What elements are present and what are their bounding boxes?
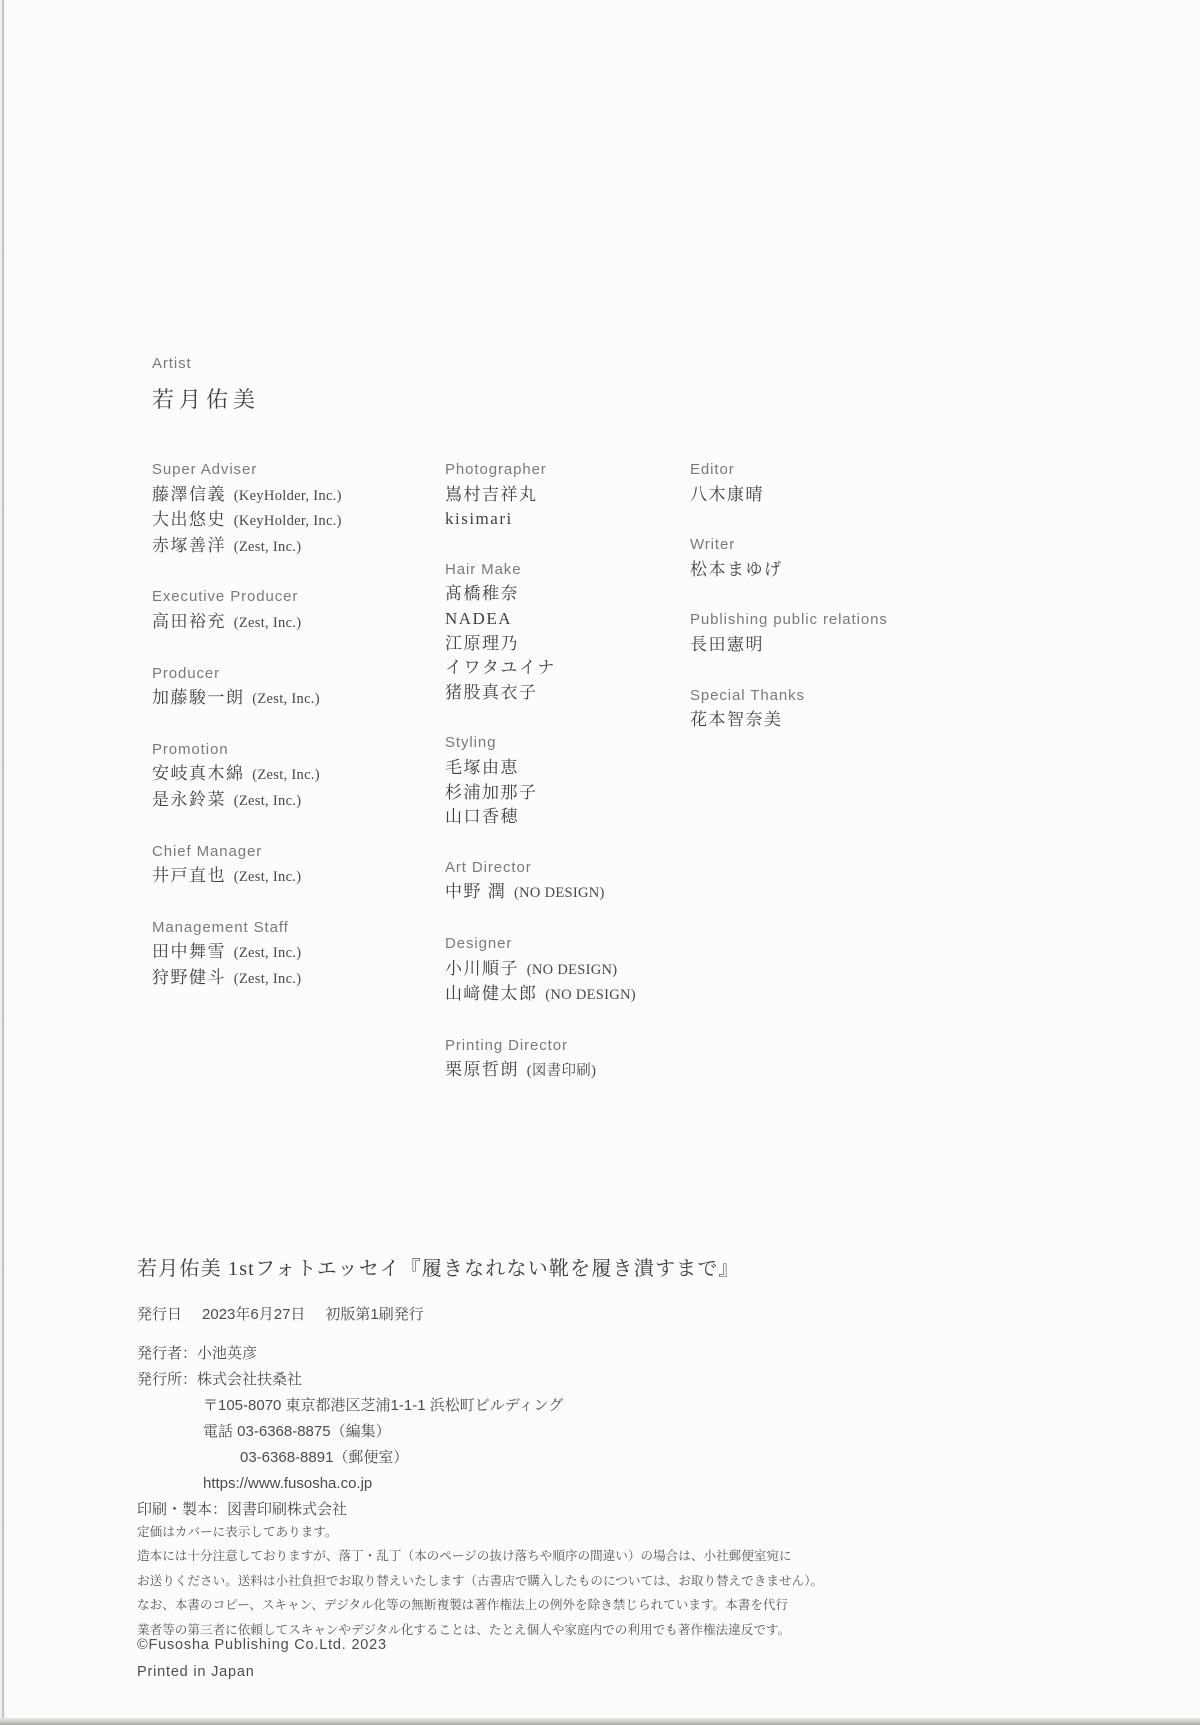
credit-section-printing-director: Printing Director 栗原哲朗 (図書印刷) (445, 1034, 690, 1084)
credit-name: NADEA (445, 607, 690, 632)
credit-name: 加藤駿一朗 (Zest, Inc.) (152, 686, 445, 712)
date-value: 2023年6月27日 (202, 1306, 305, 1323)
credit-section-chief-manager: Chief Manager 井戸直也 (Zest, Inc.) (152, 840, 445, 890)
credit-name: 嶌村吉祥丸 (445, 483, 690, 508)
person-name: 髙橋稚奈 (445, 584, 519, 603)
credit-name: 是永鈴菜 (Zest, Inc.) (152, 788, 445, 814)
credit-role-label: Printing Director (445, 1034, 690, 1059)
credit-name: 大出悠史 (KeyHolder, Inc.) (152, 508, 445, 534)
credit-name: 安岐真木綿 (Zest, Inc.) (152, 762, 445, 788)
credit-name: 赤塚善洋 (Zest, Inc.) (152, 534, 445, 560)
publisher-website-line: https://www.fusosha.co.jp (137, 1471, 740, 1497)
legal-notice-line: お送りください。送料は小社負担でお取り替えいたします（古書店で購入したものについ… (137, 1569, 823, 1593)
credits-grid: Super Adviser 藤澤信義 (KeyHolder, Inc.) 大出悠… (152, 458, 1010, 1110)
credits-column-3: Editor 八木康晴 Writer 松本まゆげ Publishing publ… (690, 458, 1010, 1110)
credit-name: イワタユイナ (445, 656, 690, 681)
credit-role-label: Writer (690, 533, 1010, 558)
credit-name: 田中舞雪 (Zest, Inc.) (152, 940, 445, 966)
date-label: 発行日 (137, 1306, 182, 1323)
credit-role-label: Management Staff (152, 916, 445, 941)
person-name: 加藤駿一朗 (152, 688, 245, 707)
credit-name: 猪股真衣子 (445, 681, 690, 706)
legal-notice-line: なお、本書のコピー、スキャン、デジタル化等の無断複製は著作権法上の例外を除き禁じ… (137, 1593, 823, 1617)
credit-role-label: Executive Producer (152, 585, 445, 610)
credit-name: 松本まゆげ (690, 558, 1010, 583)
person-affiliation: (Zest, Inc.) (252, 767, 320, 783)
person-affiliation: (Zest, Inc.) (234, 615, 302, 631)
credit-name: 栗原哲朗 (図書印刷) (445, 1058, 690, 1084)
credit-name: kisimari (445, 507, 690, 532)
person-name: 安岐真木綿 (152, 764, 245, 783)
credit-section-producer: Producer 加藤駿一朗 (Zest, Inc.) (152, 662, 445, 712)
credit-section-special-thanks: Special Thanks 花本智奈美 (690, 684, 1010, 733)
credit-role-label: Producer (152, 662, 445, 687)
credit-name: 井戸直也 (Zest, Inc.) (152, 864, 445, 890)
credit-section-hair-make: Hair Make 髙橋稚奈 NADEA 江原理乃 イワタユイナ 猪股真衣子 (445, 558, 690, 706)
person-name: 小川順子 (445, 959, 519, 978)
person-name: 井戸直也 (152, 866, 226, 885)
person-name: 田中舞雪 (152, 942, 226, 961)
person-name: 猪股真衣子 (445, 683, 538, 702)
credit-role-label: Chief Manager (152, 840, 445, 865)
person-name: 高田裕充 (152, 612, 226, 631)
phone-editorial-line: 電話 03-6368-8875（編集） (137, 1419, 740, 1445)
price-notice-line: 定価はカバーに表示してあります。 (137, 1520, 823, 1544)
page-edge-bottom (0, 1718, 1200, 1725)
person-affiliation: (Zest, Inc.) (234, 971, 302, 987)
credit-name: 杉浦加那子 (445, 781, 690, 806)
person-name: 中野 潤 (445, 882, 506, 901)
person-affiliation: (Zest, Inc.) (252, 691, 320, 707)
credit-name: 山﨑健太郎 (NO DESIGN) (445, 982, 690, 1008)
person-name: 狩野健斗 (152, 968, 226, 987)
credit-section-publishing-pr: Publishing public relations 長田憲明 (690, 608, 1010, 657)
person-affiliation: (Zest, Inc.) (234, 869, 302, 885)
credits-column-2: Photographer 嶌村吉祥丸 kisimari Hair Make 髙橋… (445, 458, 690, 1110)
credit-section-designer: Designer 小川順子 (NO DESIGN) 山﨑健太郎 (NO DESI… (445, 932, 690, 1008)
credit-name: 花本智奈美 (690, 708, 1010, 733)
person-name: 花本智奈美 (690, 710, 783, 729)
credit-role-label: Editor (690, 458, 1010, 483)
person-name: イワタユイナ (445, 658, 556, 677)
credit-name: 狩野健斗 (Zest, Inc.) (152, 966, 445, 992)
credit-name: 長田憲明 (690, 633, 1010, 658)
person-name: NADEA (445, 609, 512, 628)
credit-name: 毛塚由恵 (445, 756, 690, 781)
credit-role-label: Promotion (152, 738, 445, 763)
footer-block: ©Fusosha Publishing Co.Ltd. 2023 Printed… (137, 1632, 387, 1685)
person-affiliation: (Zest, Inc.) (234, 945, 302, 961)
person-name: 嶌村吉祥丸 (445, 485, 538, 504)
credit-name: 江原理乃 (445, 632, 690, 657)
notices-block: 定価はカバーに表示してあります。 造本には十分注意しておりますが、落丁・乱丁（本… (137, 1520, 823, 1642)
credit-section-styling: Styling 毛塚由恵 杉浦加那子 山口香穂 (445, 731, 690, 829)
person-affiliation: (KeyHolder, Inc.) (234, 513, 342, 529)
person-name: 毛塚由恵 (445, 758, 519, 777)
publishing-house-line: 発行所：株式会社扶桑社 (137, 1367, 740, 1393)
credit-name: 八木康晴 (690, 483, 1010, 508)
page-edge-left-line (2, 0, 4, 1725)
credit-role-label: Hair Make (445, 558, 690, 583)
credit-name: 中野 潤 (NO DESIGN) (445, 880, 690, 906)
edition-note: 初版第1刷発行 (325, 1306, 423, 1323)
phone-mailroom-line: 03-6368-8891（郵便室） (137, 1445, 740, 1471)
credit-section-writer: Writer 松本まゆげ (690, 533, 1010, 582)
person-affiliation: (Zest, Inc.) (234, 793, 302, 809)
printed-in-line: Printed in Japan (137, 1659, 387, 1686)
publisher-address-line: 〒105-8070 東京都港区芝浦1-1-1 浜松町ビルディング (137, 1393, 740, 1419)
credit-section-photographer: Photographer 嶌村吉祥丸 kisimari (445, 458, 690, 532)
credit-name: 小川順子 (NO DESIGN) (445, 957, 690, 983)
credit-section-art-director: Art Director 中野 潤 (NO DESIGN) (445, 856, 690, 906)
artist-role-label: Artist (152, 352, 260, 377)
person-name: 藤澤信義 (152, 485, 226, 504)
publisher-person-line: 発行者：小池英彦 (137, 1341, 740, 1367)
legal-notice-line: 造本には十分注意しておりますが、落丁・乱丁（本のページの抜け落ちや順序の間違い）… (137, 1544, 823, 1568)
credit-name: 藤澤信義 (KeyHolder, Inc.) (152, 483, 445, 509)
credit-name: 髙橋稚奈 (445, 582, 690, 607)
person-name: 栗原哲朗 (445, 1060, 519, 1079)
person-name: 松本まゆげ (690, 560, 783, 579)
credit-name: 山口香穂 (445, 805, 690, 830)
credit-role-label: Special Thanks (690, 684, 1010, 709)
person-affiliation: (図書印刷) (527, 1063, 596, 1079)
credit-section-editor: Editor 八木康晴 (690, 458, 1010, 507)
person-name: 江原理乃 (445, 634, 519, 653)
person-name: 八木康晴 (690, 485, 764, 504)
credit-role-label: Super Adviser (152, 458, 445, 483)
credit-role-label: Art Director (445, 856, 690, 881)
person-affiliation: (NO DESIGN) (545, 987, 636, 1003)
credits-column-1: Super Adviser 藤澤信義 (KeyHolder, Inc.) 大出悠… (152, 458, 445, 1110)
person-name: 大出悠史 (152, 510, 226, 529)
person-affiliation: (NO DESIGN) (514, 885, 605, 901)
credit-name: 高田裕充 (Zest, Inc.) (152, 610, 445, 636)
credit-section-executive-producer: Executive Producer 高田裕充 (Zest, Inc.) (152, 585, 445, 635)
copyright-line: ©Fusosha Publishing Co.Ltd. 2023 (137, 1632, 387, 1659)
credit-role-label: Styling (445, 731, 690, 756)
person-name: 山﨑健太郎 (445, 984, 538, 1003)
credit-section-promotion: Promotion 安岐真木綿 (Zest, Inc.) 是永鈴菜 (Zest,… (152, 738, 445, 814)
artist-block: Artist 若月佑美 (152, 352, 260, 414)
credit-role-label: Photographer (445, 458, 690, 483)
credit-section-management-staff: Management Staff 田中舞雪 (Zest, Inc.) 狩野健斗 … (152, 916, 445, 992)
book-title: 若月佑美 1stフォトエッセイ『履きなれない靴を履き潰すまで』 (137, 1252, 740, 1281)
person-affiliation: (NO DESIGN) (527, 962, 618, 978)
person-name: 赤塚善洋 (152, 536, 226, 555)
person-affiliation: (Zest, Inc.) (234, 539, 302, 555)
credit-section-super-adviser: Super Adviser 藤澤信義 (KeyHolder, Inc.) 大出悠… (152, 458, 445, 559)
person-name: 杉浦加那子 (445, 783, 538, 802)
person-name: kisimari (445, 509, 513, 528)
credit-role-label: Designer (445, 932, 690, 957)
publication-date-line: 発行日2023年6月27日初版第1刷発行 (137, 1302, 740, 1328)
colophon-page: Artist 若月佑美 Super Adviser 藤澤信義 (KeyHolde… (0, 0, 1200, 1725)
person-name: 是永鈴菜 (152, 790, 226, 809)
artist-name: 若月佑美 (152, 383, 260, 414)
person-name: 長田憲明 (690, 635, 764, 654)
publication-block: 若月佑美 1stフォトエッセイ『履きなれない靴を履き潰すまで』 発行日2023年… (137, 1252, 740, 1523)
person-name: 山口香穂 (445, 807, 519, 826)
person-affiliation: (KeyHolder, Inc.) (234, 488, 342, 504)
credit-role-label: Publishing public relations (690, 608, 1010, 633)
